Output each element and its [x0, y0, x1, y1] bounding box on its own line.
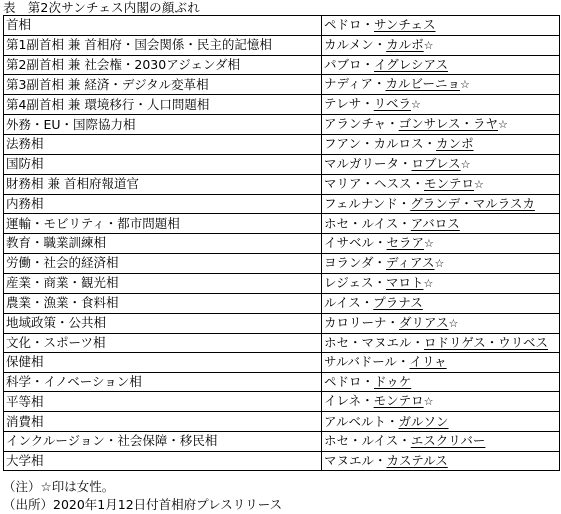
given-name: マヌエル・	[324, 453, 387, 468]
given-name: フェルナンド・	[324, 196, 410, 211]
female-star-icon: ☆	[460, 78, 470, 91]
surname: ディアス	[386, 255, 435, 270]
female-star-icon: ☆	[474, 178, 484, 191]
cell-minister-name: アランチャ・ゴンサレス・ラヤ☆	[322, 115, 560, 135]
table-row: 第2副首相 兼 社会権・2030アジェンダ相パブロ・イグレシアス	[4, 55, 560, 75]
table-row: 大学相マヌエル・カステルス	[4, 451, 560, 471]
surname: プラナス	[373, 295, 423, 310]
surname: エスクリバー	[411, 433, 486, 448]
cabinet-table-body: 首相ペドロ・サンチェス第1副首相 兼 首相府・国会関係・民主的記憶相カルメン・カ…	[4, 16, 560, 471]
cell-minister-name: パブロ・イグレシアス	[322, 55, 560, 75]
cell-post: 第3副首相 兼 経済・デジタル変革相	[4, 75, 322, 95]
cell-post: 文化・スポーツ相	[4, 333, 322, 353]
surname: イリャ	[410, 354, 447, 369]
cell-minister-name: マリア・ヘスス・モンテロ☆	[322, 174, 560, 194]
given-name: ナディア・	[324, 76, 386, 91]
cell-post: 第1副首相 兼 首相府・国会関係・民主的記憶相	[4, 35, 322, 55]
given-name: フアン・カルロス・	[324, 136, 436, 151]
given-name: イサベル・	[324, 235, 387, 250]
given-name: カルメン・	[324, 37, 386, 52]
surname: カンポ	[436, 136, 474, 151]
given-name: ホセ・ルイス・	[324, 216, 411, 231]
cell-post: 財務相 兼 首相府報道官	[4, 174, 322, 194]
surname: アバロス	[411, 216, 460, 231]
given-name: ホセ・ルイス・	[324, 433, 411, 448]
cell-minister-name: ヨランダ・ディアス☆	[322, 253, 560, 273]
table-notes: （注）☆印は女性。 （出所）2020年1月12日付首相府プレスリリース	[3, 478, 282, 514]
given-name: ホセ・マヌエル・	[324, 335, 424, 350]
given-name: マリア・ヘスス・	[324, 176, 424, 191]
given-name: レジェス・	[324, 275, 386, 290]
cell-minister-name: ホセ・ルイス・エスクリバー	[322, 431, 560, 451]
given-name: イレネ・	[324, 393, 374, 408]
cell-minister-name: フアン・カルロス・カンポ	[322, 135, 560, 155]
table-row: インクルージョン・社会保障・移民相ホセ・ルイス・エスクリバー	[4, 431, 560, 451]
female-star-icon: ☆	[435, 257, 445, 270]
table-row: 財務相 兼 首相府報道官マリア・ヘスス・モンテロ☆	[4, 174, 560, 194]
cell-post: インクルージョン・社会保障・移民相	[4, 431, 322, 451]
surname: マロト	[386, 275, 424, 290]
given-name: パブロ・	[324, 57, 374, 72]
female-star-icon: ☆	[461, 158, 471, 171]
cell-minister-name: ペドロ・サンチェス	[322, 16, 560, 36]
given-name: ヨランダ・	[324, 255, 386, 270]
surname: カルビーニョ	[386, 76, 461, 91]
cell-minister-name: カロリーナ・ダリアス☆	[322, 313, 560, 333]
table-row: 科学・イノベーション相ペドロ・ドゥケ	[4, 372, 560, 392]
note-female: （注）☆印は女性。	[3, 478, 282, 496]
caption-label: 表	[3, 0, 16, 15]
cell-post: 第2副首相 兼 社会権・2030アジェンダ相	[4, 55, 322, 75]
given-name: ペドロ・	[324, 374, 374, 389]
table-row: 運輸・モビリティ・都市問題相ホセ・ルイス・アバロス	[4, 214, 560, 234]
table-row: 平等相イレネ・モンテロ☆	[4, 392, 560, 412]
female-star-icon: ☆	[424, 39, 434, 52]
cell-minister-name: ホセ・マヌエル・ロドリゲス・ウリベス	[322, 333, 560, 353]
cell-post: 消費相	[4, 412, 322, 432]
cell-post: 運輸・モビリティ・都市問題相	[4, 214, 322, 234]
given-name: アルベルト・	[324, 414, 399, 429]
table-row: 第4副首相 兼 環境移行・人口問題相テレサ・リベラ☆	[4, 95, 560, 115]
cell-post: 教育・職業訓練相	[4, 233, 322, 253]
cell-minister-name: ペドロ・ドゥケ	[322, 372, 560, 392]
given-name: アランチャ・	[324, 116, 399, 131]
cell-post: 産業・商業・観光相	[4, 273, 322, 293]
surname: グランデ・マルラスカ	[410, 196, 535, 211]
surname: ゴンサレス・ラヤ	[399, 116, 498, 131]
cell-post: 第4副首相 兼 環境移行・人口問題相	[4, 95, 322, 115]
cell-minister-name: ルイス・プラナス	[322, 293, 560, 313]
surname: ロドリゲス・ウリベス	[424, 335, 548, 350]
caption-title: 第2次サンチェス内閣の顔ぶれ	[28, 0, 200, 15]
cell-post: 農業・漁業・食料相	[4, 293, 322, 313]
table-row: 文化・スポーツ相ホセ・マヌエル・ロドリゲス・ウリベス	[4, 333, 560, 353]
female-star-icon: ☆	[449, 317, 459, 330]
female-star-icon: ☆	[423, 277, 433, 290]
cell-minister-name: マヌエル・カステルス	[322, 451, 560, 471]
female-star-icon: ☆	[411, 98, 421, 111]
cell-post: 平等相	[4, 392, 322, 412]
cell-post: 法務相	[4, 135, 322, 155]
note-source: （出所）2020年1月12日付首相府プレスリリース	[3, 496, 282, 514]
surname: セラア	[387, 235, 425, 250]
cell-minister-name: テレサ・リベラ☆	[322, 95, 560, 115]
cell-post: 労働・社会的経済相	[4, 253, 322, 273]
table-row: 内務相フェルナンド・グランデ・マルラスカ	[4, 194, 560, 214]
surname: モンテロ	[374, 393, 424, 408]
table-row: 農業・漁業・食料相ルイス・プラナス	[4, 293, 560, 313]
table-row: 法務相フアン・カルロス・カンポ	[4, 135, 560, 155]
table-row: 外務・EU・国際協力相アランチャ・ゴンサレス・ラヤ☆	[4, 115, 560, 135]
table-caption: 表第2次サンチェス内閣の顔ぶれ	[3, 0, 200, 15]
cell-minister-name: イレネ・モンテロ☆	[322, 392, 560, 412]
surname: イグレシアス	[374, 57, 448, 72]
given-name: テレサ・	[324, 96, 374, 111]
surname: リベラ	[374, 96, 411, 111]
given-name: サルバドール・	[324, 354, 410, 369]
table-row: 消費相アルベルト・ガルソン	[4, 412, 560, 432]
cell-minister-name: アルベルト・ガルソン	[322, 412, 560, 432]
surname: ダリアス	[399, 315, 449, 330]
female-star-icon: ☆	[424, 237, 434, 250]
cell-post: 保健相	[4, 353, 322, 373]
cell-minister-name: ナディア・カルビーニョ☆	[322, 75, 560, 95]
surname: カステルス	[387, 453, 448, 468]
cell-post: 外務・EU・国際協力相	[4, 115, 322, 135]
table-row: 労働・社会的経済相ヨランダ・ディアス☆	[4, 253, 560, 273]
cell-post: 首相	[4, 16, 322, 36]
table-row: 保健相サルバドール・イリャ	[4, 353, 560, 373]
given-name: ルイス・	[324, 295, 373, 310]
cell-minister-name: イサベル・セラア☆	[322, 233, 560, 253]
given-name: カロリーナ・	[324, 315, 399, 330]
surname: サンチェス	[374, 17, 436, 32]
table-row: 首相ペドロ・サンチェス	[4, 16, 560, 36]
cell-post: 地域政策・公共相	[4, 313, 322, 333]
cell-minister-name: ホセ・ルイス・アバロス	[322, 214, 560, 234]
cell-minister-name: マルガリータ・ロブレス☆	[322, 154, 560, 174]
female-star-icon: ☆	[498, 118, 508, 131]
table-row: 第3副首相 兼 経済・デジタル変革相ナディア・カルビーニョ☆	[4, 75, 560, 95]
cell-minister-name: サルバドール・イリャ	[322, 353, 560, 373]
cell-post: 内務相	[4, 194, 322, 214]
cell-post: 大学相	[4, 451, 322, 471]
cell-post: 科学・イノベーション相	[4, 372, 322, 392]
table-row: 産業・商業・観光相レジェス・マロト☆	[4, 273, 560, 293]
cell-minister-name: レジェス・マロト☆	[322, 273, 560, 293]
table-row: 国防相マルガリータ・ロブレス☆	[4, 154, 560, 174]
surname: モンテロ	[424, 176, 474, 191]
surname: ロブレス	[412, 156, 461, 171]
given-name: ペドロ・	[324, 17, 374, 32]
table-row: 地域政策・公共相カロリーナ・ダリアス☆	[4, 313, 560, 333]
female-star-icon: ☆	[424, 395, 434, 408]
surname: ガルソン	[399, 414, 449, 429]
given-name: マルガリータ・	[324, 156, 412, 171]
surname: ドゥケ	[374, 374, 411, 389]
table-row: 教育・職業訓練相イサベル・セラア☆	[4, 233, 560, 253]
cell-minister-name: フェルナンド・グランデ・マルラスカ	[322, 194, 560, 214]
cell-minister-name: カルメン・カルボ☆	[322, 35, 560, 55]
surname: カルボ	[386, 37, 424, 52]
table-row: 第1副首相 兼 首相府・国会関係・民主的記憶相カルメン・カルボ☆	[4, 35, 560, 55]
cabinet-table: 首相ペドロ・サンチェス第1副首相 兼 首相府・国会関係・民主的記憶相カルメン・カ…	[3, 15, 560, 471]
cell-post: 国防相	[4, 154, 322, 174]
